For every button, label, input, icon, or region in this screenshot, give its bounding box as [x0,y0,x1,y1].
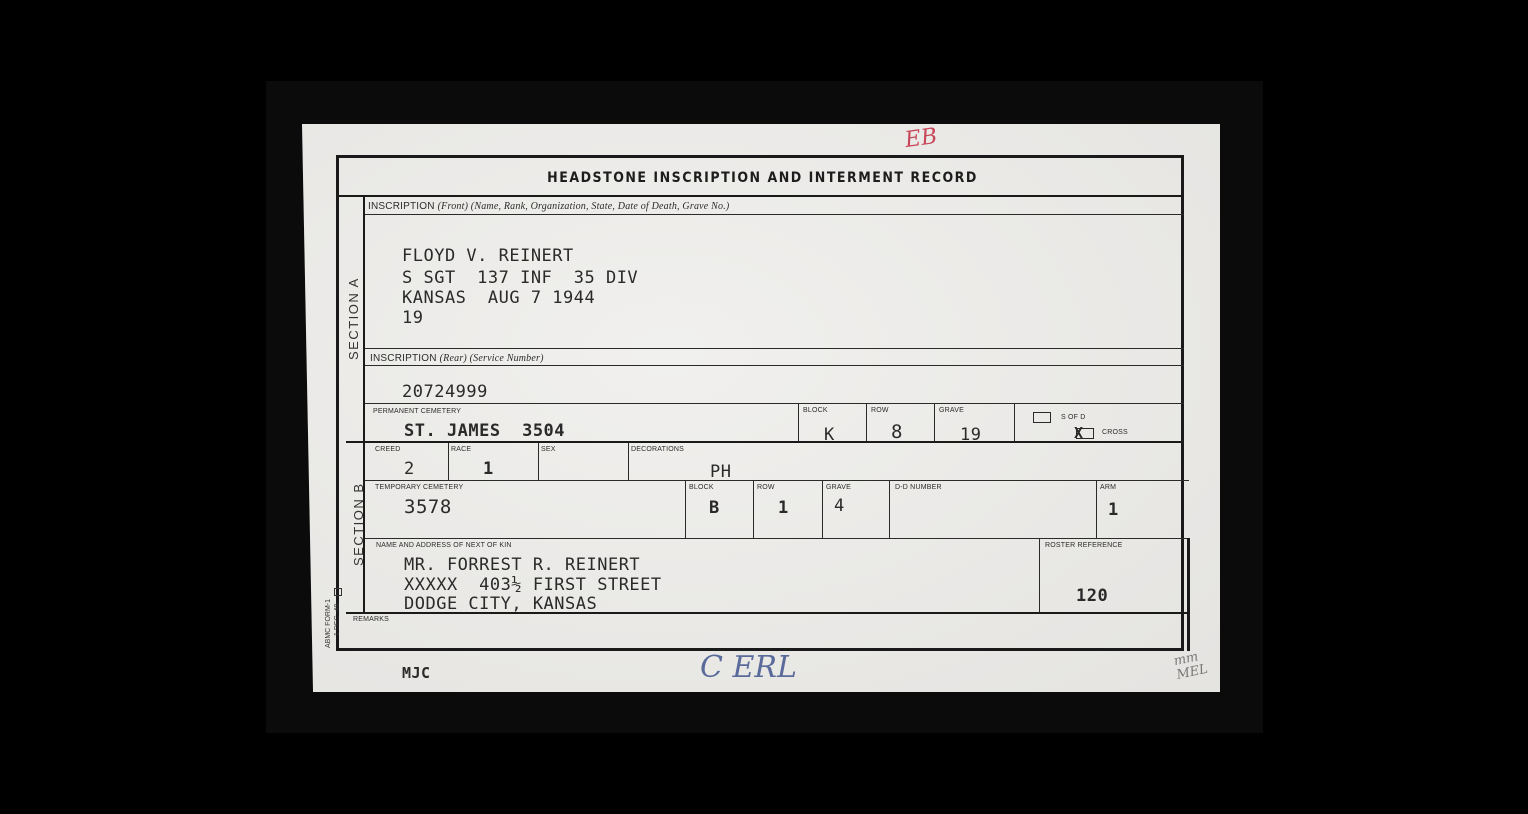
temporary-cemetery-value: 3578 [404,496,452,518]
dd-number-label: D-D NUMBER [895,484,942,491]
s-of-d-checkbox[interactable] [1033,412,1051,423]
roster-reference-value: 120 [1076,586,1108,606]
arm-value: 1 [1108,500,1119,520]
permanent-grave-label: GRAVE [939,407,964,414]
permanent-block-label: BLOCK [803,407,828,414]
permanent-row-value: 8 [891,421,903,443]
decorations-value: PH [710,462,731,482]
next-of-kin-label: NAME AND ADDRESS OF NEXT OF KIN [376,542,512,549]
temporary-grave-value: 4 [834,496,845,516]
decorations-label: DECORATIONS [631,446,684,453]
s-of-d-label: S OF D [1061,414,1086,421]
inscription-line-grave: 19 [402,308,423,328]
form-number: ABMC FORM-1 [325,599,332,648]
handwritten-initials-bottom: C ERL [700,650,797,685]
form-checkbox [334,588,342,596]
creed-label: CREED [375,446,401,453]
permanent-cemetery-label: PERMANENT CEMETERY [373,408,461,415]
form-title: HEADSTONE INSCRIPTION AND INTERMENT RECO… [340,170,1185,186]
inscription-front-label: INSCRIPTION (Front) (Name, Rank, Organiz… [368,201,729,212]
typed-initials: MJC [402,664,431,682]
temporary-row-value: 1 [778,498,789,518]
inscription-line-rank: S SGT 137 INF 35 DIV [402,268,638,288]
section-b-label: SECTION B [351,482,366,566]
cross-label: CROSS [1102,429,1128,436]
arm-label: ARM [1100,484,1116,491]
cross-check-mark: X [1074,424,1084,442]
sex-label: SEX [541,446,556,453]
creed-value: 2 [404,459,415,479]
remarks-label: REMARKS [353,616,389,623]
handwritten-initials-top: EB [903,124,938,153]
roster-reference-label: ROSTER REFERENCE [1045,542,1123,549]
section-a-label: SECTION A [346,277,361,360]
temporary-cemetery-label: TEMPORARY CEMETERY [375,484,463,491]
race-value: 1 [483,459,494,479]
race-label: RACE [451,446,471,453]
service-number: 20724999 [402,382,488,402]
temporary-grave-label: GRAVE [826,484,851,491]
inscription-rear-label: INSCRIPTION (Rear) (Service Number) [370,353,544,364]
permanent-cemetery-value: ST. JAMES 3504 [404,421,565,441]
inscription-line-name: FLOYD V. REINERT [402,246,574,266]
inscription-line-state-date: KANSAS AUG 7 1944 [402,288,595,308]
next-of-kin-line-name: MR. FORREST R. REINERT [404,555,640,575]
temporary-row-label: ROW [757,484,775,491]
permanent-row-label: ROW [871,407,889,414]
temporary-block-label: BLOCK [689,484,714,491]
form-date: 1 DEC. 48 [334,604,341,636]
next-of-kin-line-city: DODGE CITY, KANSAS [404,594,597,614]
temporary-block-value: B [709,498,720,518]
next-of-kin-line-street: XXXXX 403½ FIRST STREET [404,575,662,595]
